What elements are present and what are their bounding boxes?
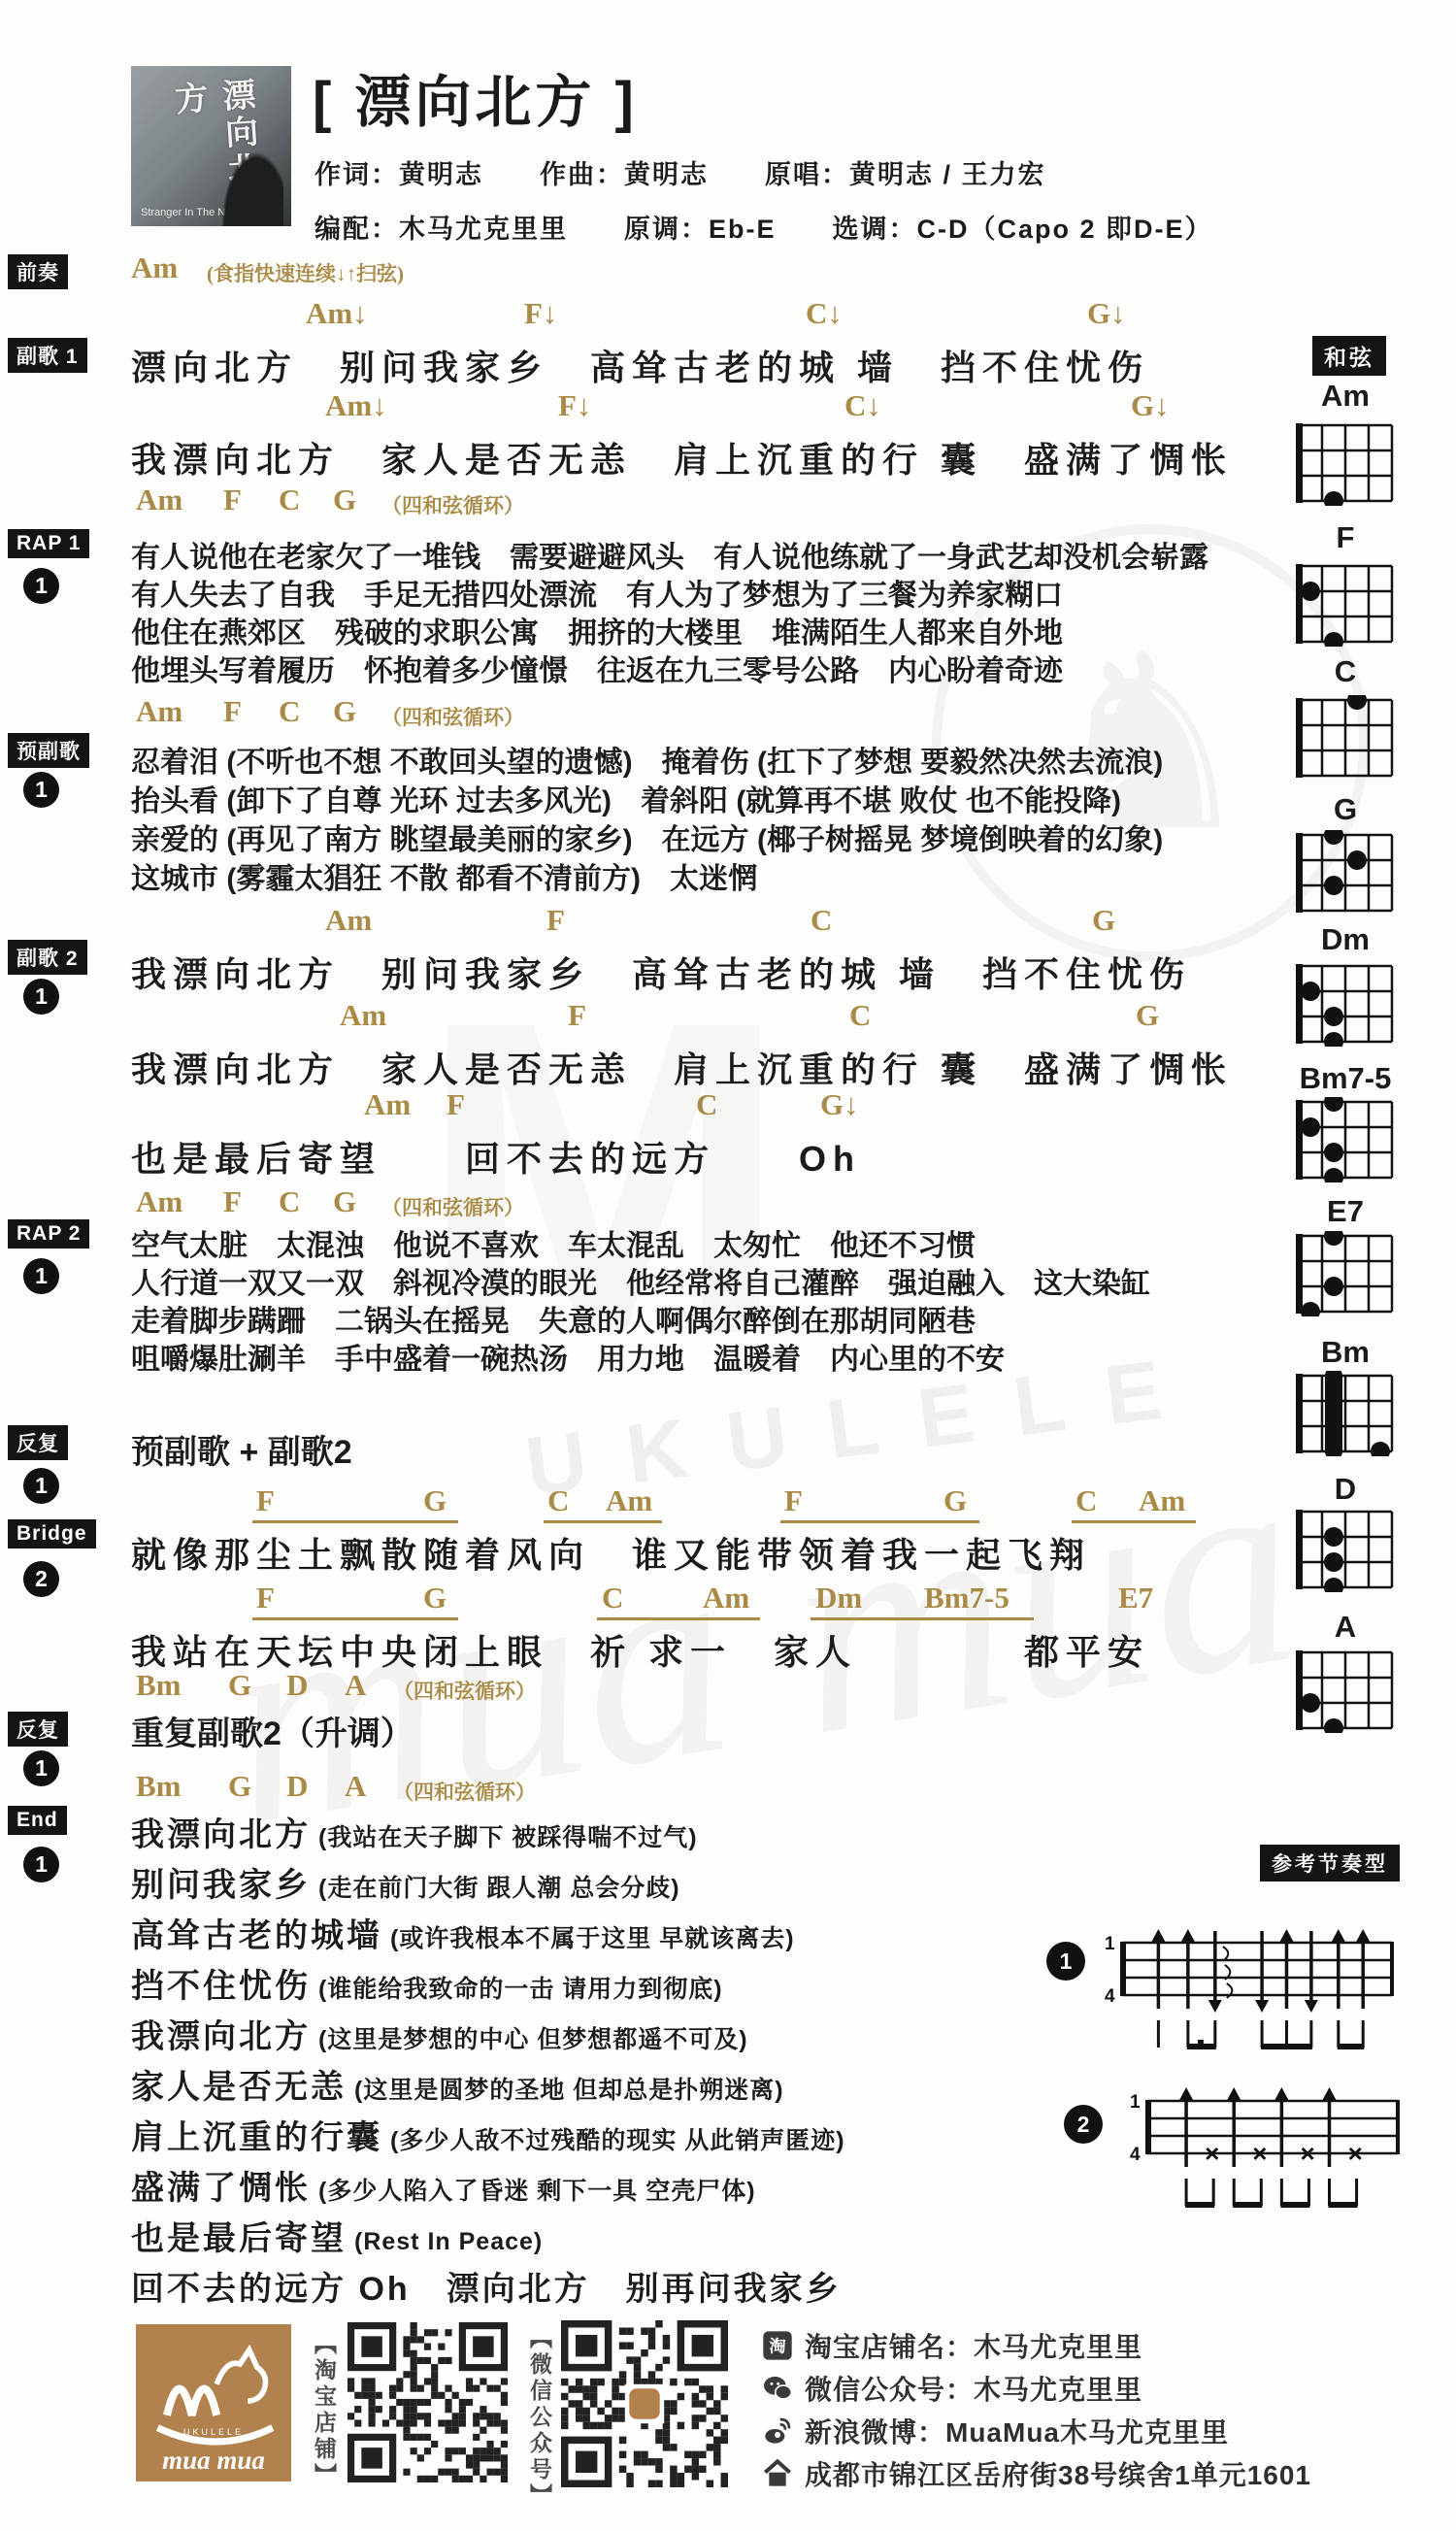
lyric-line: 我漂向北方(这里是梦想的中心 但梦想都遥不可及) [131, 2010, 748, 2057]
chord-diagram-Dm [1294, 961, 1397, 1051]
lyric-line: 抬头看 (卸下了自尊 光环 过去多风光) 着斜阳 (就算再不堪 败仗 也不能投降… [131, 777, 1121, 819]
chord-diagram-label-Bm7-5: Bm7-5 [1263, 1061, 1428, 1096]
chord-sheet-page: ♞ M UKULELE mua mua 漂向北方 Stranger In The… [0, 0, 1456, 2531]
svg-text:淘: 淘 [769, 2337, 786, 2356]
lyric-line: 家人是否无恙(这里是圆梦的圣地 但却总是扑朔迷离) [131, 2060, 784, 2108]
svg-text:×: × [1205, 2139, 1219, 2168]
chord-underline [252, 1520, 458, 1523]
chord-label: G [1136, 998, 1159, 1033]
taobao-qr-code [347, 2322, 508, 2487]
chord-note: （四和弦循环） [381, 1192, 524, 1221]
contact-row: 成都市锦江区岳府街38号缤舍1单元1601 [762, 2454, 1311, 2493]
chord-diagram-Bm7-5 [1294, 1097, 1397, 1187]
section-number-badge: 1 [23, 1847, 59, 1882]
chord-diagram-F [1294, 561, 1397, 651]
weibo-icon [762, 2415, 793, 2447]
section-tag-RAP 2: RAP 2 [8, 1219, 89, 1249]
chord-label: C [696, 1087, 717, 1122]
chord-label: G [423, 1581, 447, 1615]
section-tag-Bridge: Bridge [8, 1519, 96, 1549]
taobao-qr-label: 【淘宝店铺】 [309, 2332, 341, 2489]
chord-label: C↓ [844, 388, 881, 423]
section-number-badge: 1 [23, 1750, 59, 1786]
chord-label: Am [703, 1581, 749, 1615]
chord-label: C [849, 998, 871, 1033]
lyric-main: 我漂向北方 [131, 2010, 311, 2057]
svg-text:×: × [1348, 2139, 1363, 2168]
lyric-main: 也是最后寄望 [131, 2212, 347, 2259]
chord-diagram-label-C: C [1263, 654, 1428, 689]
lyric-line: 我漂向北方 家人是否无恙 肩上沉重的行 囊 盛满了惆怅 [131, 1043, 1233, 1092]
rhythm-pattern-number-2: 2 [1064, 2105, 1103, 2144]
chord-note: （四和弦循环） [393, 1676, 536, 1705]
lyric-line: 我漂向北方 家人是否无恙 肩上沉重的行 囊 盛满了惆怅 [131, 433, 1233, 483]
section-tag-反复: 反复 [8, 1425, 68, 1460]
mua-mua-logo: UKULELE mua mua [136, 2324, 291, 2481]
chord-label: F [256, 1581, 275, 1615]
contact-text: 成都市锦江区岳府街38号缤舍1单元1601 [805, 2454, 1311, 2493]
chord-note: （四和弦循环） [381, 490, 524, 519]
repeat-instruction: 重复副歌2（升调） [131, 1707, 414, 1754]
chord-diagram-E7 [1294, 1231, 1397, 1321]
chord-label: G [333, 483, 356, 517]
lyric-line: 人行道一双又一双 斜视冷漠的眼光 他经常将自己灌醉 强迫融入 这大染缸 [131, 1259, 1150, 1302]
wechat-icon [762, 2373, 793, 2404]
chord-diagram-C [1294, 695, 1397, 785]
chord-underline [811, 1617, 1034, 1620]
lyric-line: 忍着泪 (不听也不想 不敢回头望的遗憾) 掩着伤 (扛下了梦想 要毅然决然去流浪… [131, 738, 1163, 781]
chord-label: G [333, 694, 356, 729]
chord-label: Bm [136, 1668, 182, 1703]
chord-label: Am↓ [325, 388, 387, 423]
chord-note: （四和弦循环） [393, 1777, 536, 1806]
chords-panel-title: 和弦 [1312, 336, 1386, 376]
section-number-badge: 1 [23, 568, 59, 604]
section-tag-RAP 1: RAP 1 [8, 529, 89, 558]
album-cover: 漂向北方 Stranger In The North [131, 66, 291, 226]
rhythm-pattern-2: 14×××× [1114, 2078, 1406, 2262]
lyric-line: 我站在天坛中央闭上眼 祈 求一 家人 都平安 [131, 1625, 1149, 1675]
section-tag-反复: 反复 [8, 1712, 68, 1747]
svg-text:4: 4 [1130, 2145, 1141, 2165]
chord-label: A [345, 1769, 366, 1804]
chord-label: Am [1139, 1483, 1185, 1518]
chord-diagram-label-D: D [1263, 1472, 1428, 1507]
chord-label: G↓ [820, 1087, 859, 1122]
lyric-main: 回不去的远方 Oh 漂向北方 别再问我家乡 [131, 2262, 842, 2310]
chord-underline [252, 1617, 458, 1620]
chord-diagram-label-F: F [1263, 520, 1428, 555]
chord-label: Am [364, 1087, 411, 1122]
lyric-annotation: (或许我根本不属于这里 早就该离去) [390, 1919, 795, 1954]
section-number-badge: 1 [23, 1468, 59, 1504]
lyric-line: 就像那尘土飘散随着风向 谁又能带领着我一起飞翔 [131, 1528, 1091, 1578]
lyric-line: 肩上沉重的行囊(多少人敌不过残酷的现实 从此销声匿迹) [131, 2111, 845, 2158]
lyric-line: 回不去的远方 Oh 漂向北方 别再问我家乡 [131, 2262, 842, 2310]
chord-label: F [223, 483, 242, 517]
chord-label: E7 [1118, 1581, 1153, 1615]
contact-row: 淘淘宝店铺名：木马尤克里里 [762, 2326, 1142, 2365]
chord-label: C [279, 483, 300, 517]
logo-ukulele-text: UKULELE [136, 2427, 291, 2437]
chord-underline [1072, 1520, 1196, 1523]
lyric-line: 有人失去了自我 手足无措四处漂流 有人为了梦想为了三餐为养家糊口 [131, 571, 1063, 614]
lyric-annotation: (我站在天子脚下 被踩得喘不过气) [318, 1818, 698, 1853]
chord-diagram-Bm [1294, 1371, 1397, 1461]
chord-note: （四和弦循环） [381, 702, 524, 731]
chord-label: C [279, 694, 300, 729]
chord-label: F↓ [558, 388, 591, 423]
wechat-qr-label: 【微信公众号】 [524, 2326, 556, 2510]
lyric-annotation: (这里是圆梦的圣地 但却总是扑朔迷离) [354, 2071, 784, 2106]
lyric-main: 我漂向北方 [131, 1808, 311, 1855]
lyric-line: 这城市 (雾霾太猖狂 不散 都看不清前方) 太迷惘 [131, 854, 757, 897]
contact-row: 微信公众号：木马尤克里里 [762, 2369, 1142, 2408]
lyric-annotation: (Rest In Peace) [354, 2228, 543, 2256]
chord-label: A [345, 1668, 366, 1703]
chord-label: F [256, 1483, 275, 1518]
chord-label: G [1092, 903, 1115, 938]
section-tag-副歌 1: 副歌 1 [8, 338, 87, 373]
rhythm-pattern-number-1: 1 [1046, 1942, 1085, 1981]
chord-label: C [602, 1581, 623, 1615]
page-title: [ 漂向北方 ] [313, 56, 638, 138]
lyric-line: 别问我家乡(走在前门大街 跟人潮 总会分歧) [131, 1858, 680, 1906]
svg-text:×: × [1252, 2139, 1267, 2168]
section-tag-副歌 2: 副歌 2 [8, 940, 87, 975]
section-tag-前奏: 前奏 [8, 254, 68, 289]
taobao-icon: 淘 [762, 2330, 793, 2361]
lyric-annotation: (谁能给我致命的一击 请用力到彻底) [318, 1970, 723, 2005]
lyric-line: 也是最后寄望 回不去的远方 Oh [131, 1132, 861, 1182]
lyric-main: 肩上沉重的行囊 [131, 2111, 382, 2158]
svg-text:1: 1 [1130, 2092, 1141, 2113]
lyric-line: 亲爱的 (再见了南方 眺望最美丽的家乡) 在远方 (椰子树摇晃 梦境倒映着的幻象… [131, 816, 1163, 858]
chord-label: F [447, 1087, 465, 1122]
chord-label: Am [136, 694, 182, 729]
credit-line-1: 作词：黄明志 作曲：黄明志 原唱：黄明志 / 王力宏 [314, 153, 1046, 191]
lyric-main: 挡不住忧伤 [131, 1959, 311, 2007]
chord-label: Am [606, 1483, 652, 1518]
chord-diagram-D [1294, 1507, 1397, 1597]
album-cover-title: 漂向北方 [163, 77, 268, 226]
lyric-main: 高耸古老的城墙 [131, 1909, 382, 1956]
lyric-line: 空气太脏 太混浊 他说不喜欢 车太混乱 太匆忙 他还不习惯 [131, 1221, 976, 1264]
lyric-main: 别问我家乡 [131, 1858, 311, 1906]
chord-diagram-label-G: G [1263, 792, 1428, 827]
lyric-annotation: (多少人敌不过残酷的现实 从此销声匿迹) [390, 2121, 845, 2156]
chord-diagram-label-Bm: Bm [1263, 1335, 1428, 1370]
chord-label: F [546, 903, 565, 938]
lyric-line: 我漂向北方 别问我家乡 高耸古老的城 墙 挡不住忧伤 [131, 948, 1191, 997]
chord-label: F [223, 1184, 242, 1219]
rhythm-panel-title: 参考节奏型 [1260, 1845, 1400, 1882]
lyric-line: 有人说他在老家欠了一堆钱 需要避避风头 有人说他练就了一身武艺却没机会崭露 [131, 533, 1208, 576]
section-number-badge: 1 [23, 1258, 59, 1294]
contact-row: 新浪微博：MuaMua木马尤克里里 [762, 2412, 1229, 2450]
logo-script-text: mua mua [136, 2446, 291, 2476]
chord-diagram-label-E7: E7 [1263, 1194, 1428, 1229]
chord-note: (食指快速连续↓↑扫弦) [207, 258, 404, 287]
chord-label: D [286, 1769, 308, 1804]
chord-label: Bm [136, 1769, 182, 1804]
chord-label: G [423, 1483, 447, 1518]
chord-label: G [228, 1769, 251, 1804]
chord-label: Am [136, 1184, 182, 1219]
chord-underline [544, 1520, 662, 1523]
chord-label: Am [340, 998, 386, 1033]
chord-label: C [547, 1483, 569, 1518]
chord-diagram-label-Dm: Dm [1263, 922, 1428, 957]
album-cover-caption: Stranger In The North [141, 207, 244, 218]
lyric-line: 我漂向北方(我站在天子脚下 被踩得喘不过气) [131, 1808, 698, 1855]
section-tag-End: End [8, 1806, 67, 1835]
section-number-badge: 1 [23, 772, 59, 808]
chord-label: G↓ [1087, 296, 1126, 331]
chord-label: F [568, 998, 586, 1033]
lyric-line: 盛满了惆怅(多少人陷入了昏迷 剩下一具 空壳尸体) [131, 2161, 756, 2209]
lyric-main: 家人是否无恙 [131, 2060, 347, 2108]
lyric-line: 漂向北方 别问我家乡 高耸古老的城 墙 挡不住忧伤 [131, 341, 1149, 390]
chord-label: F↓ [524, 296, 557, 331]
lyric-line: 他埋头写着履历 怀抱着多少憧憬 往返在九三零号公路 内心盼着奇迹 [131, 647, 1063, 689]
credit-line-2: 编配：木马尤克里里 原调：Eb-E 选调：C-D（Capo 2 即D-E） [314, 208, 1213, 246]
lyric-line: 也是最后寄望(Rest In Peace) [131, 2212, 543, 2259]
svg-text:4: 4 [1105, 1986, 1115, 2007]
chord-label: G [333, 1184, 356, 1219]
chord-diagram-label-Am: Am [1263, 379, 1428, 414]
chord-diagram-Am [1294, 420, 1397, 511]
repeat-instruction: 预副歌 + 副歌2 [131, 1425, 352, 1473]
section-tag-预副歌: 预副歌 [8, 733, 89, 768]
chord-label: D [286, 1668, 308, 1703]
lyric-line: 挡不住忧伤(谁能给我致命的一击 请用力到彻底) [131, 1959, 723, 2007]
lyric-annotation: (走在前门大街 跟人潮 总会分歧) [318, 1869, 680, 1904]
chord-label: Am [131, 250, 178, 285]
chord-label: G [228, 1668, 251, 1703]
contact-text: 新浪微博：MuaMua木马尤克里里 [805, 2412, 1229, 2450]
home-icon [762, 2458, 793, 2489]
chord-underline [597, 1617, 760, 1620]
chord-label: Am↓ [306, 296, 368, 331]
chord-label: Am [136, 483, 182, 517]
contact-text: 淘宝店铺名：木马尤克里里 [805, 2326, 1142, 2365]
chord-underline [780, 1520, 979, 1523]
chord-label: C [279, 1184, 300, 1219]
wechat-qr-code [561, 2320, 728, 2492]
chord-label: C [811, 903, 832, 938]
chord-diagram-label-A: A [1263, 1610, 1428, 1645]
chord-diagram-A [1294, 1648, 1397, 1738]
chord-label: F [223, 694, 242, 729]
chord-label: C↓ [806, 296, 843, 331]
lyric-annotation: (多少人陷入了昏迷 剩下一具 空壳尸体) [318, 2172, 756, 2207]
chord-label: G [943, 1483, 967, 1518]
chord-label: G↓ [1131, 388, 1170, 423]
lyric-annotation: (这里是梦想的中心 但梦想都遥不可及) [318, 2020, 748, 2055]
section-number-badge: 2 [23, 1561, 59, 1597]
chord-label: Dm [815, 1581, 862, 1615]
chord-label: Bm7-5 [924, 1581, 1009, 1615]
lyric-line: 咀嚼爆肚涮羊 手中盛着一碗热汤 用力地 温暖着 内心里的不安 [131, 1335, 1005, 1378]
chord-diagram-G [1294, 830, 1397, 920]
chord-label: Am [325, 903, 372, 938]
lyric-line: 高耸古老的城墙(或许我根本不属于这里 早就该离去) [131, 1909, 795, 1956]
chord-label: F [784, 1483, 803, 1518]
section-number-badge: 1 [23, 979, 59, 1015]
lyric-line: 走着脚步蹒跚 二锅头在摇晃 失意的人啊偶尔醉倒在那胡同陋巷 [131, 1297, 976, 1340]
lyric-main: 盛满了惆怅 [131, 2161, 311, 2209]
svg-text:1: 1 [1105, 1934, 1115, 1954]
chord-label: C [1075, 1483, 1097, 1518]
svg-text:×: × [1300, 2139, 1314, 2168]
lyric-line: 他住在燕郊区 残破的求职公寓 拥挤的大楼里 堆满陌生人都来自外地 [131, 609, 1063, 651]
contact-text: 微信公众号：木马尤克里里 [805, 2369, 1142, 2408]
